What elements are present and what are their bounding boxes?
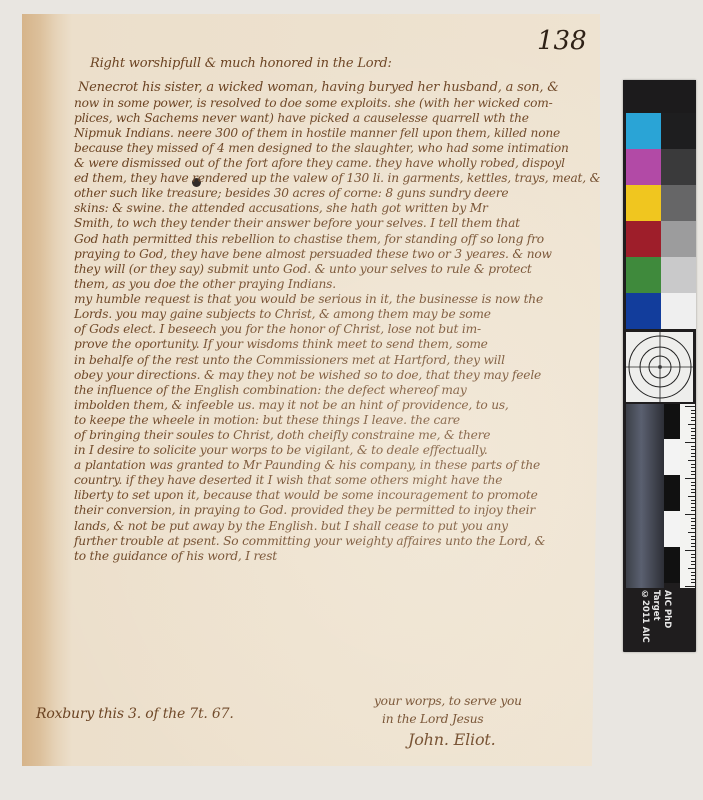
ruler-tick — [691, 546, 695, 547]
dateline: Roxbury this 3. of the 7t. 67. — [36, 706, 234, 722]
target-copyright: ©2011 AIC — [640, 590, 650, 643]
ruler-tick — [685, 406, 695, 407]
letter-line: the influence of the English combination… — [74, 383, 467, 397]
color-patch — [626, 113, 662, 149]
letter-line: my humble request is that you would be s… — [74, 292, 543, 306]
letter-line: now in some power, is resolved to doe so… — [74, 96, 553, 110]
ruler-tick — [691, 449, 695, 450]
ruler-tick — [691, 539, 695, 540]
letter-line: other such like treasure; besides 30 acr… — [74, 186, 508, 200]
ruler-tick — [691, 467, 695, 468]
dark-reference-strip — [626, 404, 664, 588]
ruler-tick — [688, 424, 695, 425]
target-credit: AIC PhD Target ©2011 AIC — [639, 590, 672, 652]
scale-block — [664, 404, 680, 439]
gray-patch — [661, 221, 696, 257]
ruler-tick — [688, 496, 695, 497]
letter-line: obey your directions. & may they not be … — [74, 368, 541, 382]
ruler-tick — [691, 582, 695, 583]
letter-line: skins: & swine. the attended accusations… — [74, 201, 488, 215]
letter-line: to keepe the wheele in motion: but these… — [74, 413, 460, 427]
ruler-tick — [691, 413, 695, 414]
ink-blot — [192, 178, 201, 187]
ruler-tick — [691, 471, 695, 472]
ruler-tick — [691, 575, 695, 576]
letter-line: Smith, to wch they tender their answer b… — [74, 216, 520, 230]
letter-line: lands, & not be put away by the English.… — [74, 519, 508, 533]
letter-line: praying to God, they have bene almost pe… — [74, 247, 552, 261]
letter-line: them, as you doe the other praying India… — [74, 277, 336, 291]
ruler-tick — [691, 561, 695, 562]
letter-line: because they missed of 4 men designed to… — [74, 141, 569, 155]
ruler-tick — [685, 550, 695, 551]
ruler-tick — [691, 435, 695, 436]
ruler-tick — [691, 438, 695, 439]
ruler-tick — [691, 503, 695, 504]
signature: John. Eliot. — [408, 730, 496, 749]
folio-number: 138 — [537, 26, 587, 56]
scale-block — [664, 547, 680, 583]
gray-patch — [661, 149, 696, 185]
color-patch — [626, 293, 662, 329]
ruler-tick — [691, 543, 695, 544]
letter-line: prove the oportunity. If your wisdoms th… — [74, 337, 488, 351]
ruler — [680, 404, 695, 588]
ruler-tick — [691, 446, 695, 447]
gray-patch — [661, 293, 696, 329]
letter-line: Nenecrot his sister, a wicked woman, hav… — [78, 80, 559, 95]
ruler-tick — [691, 428, 695, 429]
letter-line: ed them, they have rendered up the valew… — [74, 171, 600, 185]
salutation: Right worshipfull & much honored in the … — [90, 56, 392, 71]
ruler-tick — [691, 485, 695, 486]
ruler-tick — [691, 572, 695, 573]
color-patch — [626, 149, 662, 185]
ruler-tick — [685, 514, 695, 515]
ruler-tick — [691, 557, 695, 558]
ruler-tick — [691, 492, 695, 493]
ruler-tick — [691, 507, 695, 508]
ruler-tick — [691, 525, 695, 526]
letter-line: of bringing their soules to Christ, doth… — [74, 428, 490, 442]
letter-line: to the guidance of his word, I rest — [74, 549, 277, 563]
color-calibration-target: AIC PhD Target ©2011 AIC — [623, 80, 696, 652]
scale-block — [664, 511, 680, 547]
target-black-header — [623, 80, 696, 113]
letter-line: in behalfe of the rest unto the Commissi… — [74, 353, 505, 367]
gray-patch — [661, 257, 696, 293]
ruler-tick — [691, 564, 695, 565]
manuscript-page: Right worshipfull & much honored in the … — [22, 14, 600, 766]
closing-line-1: your worps, to serve you — [374, 694, 522, 708]
letter-line: Lords. you may gaine subjects to Christ,… — [74, 307, 491, 321]
color-patch — [626, 185, 662, 221]
letter-line: a plantation was granted to Mr Paunding … — [74, 458, 540, 472]
ruler-tick — [691, 579, 695, 580]
letter-line: of Gods elect. I beseech you for the hon… — [74, 322, 481, 336]
scale-block — [664, 439, 680, 475]
color-patch — [626, 221, 662, 257]
letter-line: Nipmuk Indians. neere 300 of them in hos… — [74, 126, 560, 140]
ruler-tick — [691, 453, 695, 454]
scale-block — [664, 475, 680, 511]
gray-patch — [661, 185, 696, 221]
ruler-tick — [691, 518, 695, 519]
target-label: AIC PhD Target — [651, 590, 672, 628]
ruler-tick — [688, 532, 695, 533]
ruler-tick — [691, 420, 695, 421]
ruler-tick — [691, 482, 695, 483]
ruler-tick — [688, 568, 695, 569]
ruler-tick — [691, 410, 695, 411]
letter-line: they will (or they say) submit unto God.… — [74, 262, 532, 276]
focus-target-circle — [626, 332, 693, 402]
letter-line: & were dismissed out of the fort afore t… — [74, 156, 565, 170]
ruler-tick — [691, 456, 695, 457]
letter-line: their conversion, in praying to God. pro… — [74, 503, 535, 517]
letter-line: liberty to set upon it, because that wou… — [74, 488, 538, 502]
ruler-tick — [685, 586, 695, 587]
ruler-tick — [691, 464, 695, 465]
ruler-tick — [691, 431, 695, 432]
ruler-tick — [691, 500, 695, 501]
ruler-tick — [691, 521, 695, 522]
letter-line: further trouble at psent. So committing … — [74, 534, 545, 548]
ruler-tick — [691, 474, 695, 475]
ruler-tick — [685, 442, 695, 443]
closing-line-2: in the Lord Jesus — [382, 712, 483, 726]
metric-scale — [623, 404, 696, 588]
letter-line: in I desire to solicite your worps to be… — [74, 443, 488, 457]
ruler-tick — [685, 478, 695, 479]
letter-line: country. if they have deserted it I wish… — [74, 473, 502, 487]
ruler-tick — [691, 510, 695, 511]
color-patch — [626, 257, 662, 293]
letter-line: plices, wch Sachems never want) have pic… — [74, 111, 529, 125]
ruler-tick — [691, 554, 695, 555]
ruler-tick — [691, 536, 695, 537]
ruler-tick — [688, 460, 695, 461]
gray-patch — [661, 113, 696, 149]
ruler-tick — [691, 417, 695, 418]
ruler-tick — [691, 489, 695, 490]
letter-line: God hath permitted this rebellion to cha… — [74, 232, 544, 246]
ruler-tick — [691, 528, 695, 529]
letter-line: imbolden them, & infeeble us. may it not… — [74, 398, 509, 412]
